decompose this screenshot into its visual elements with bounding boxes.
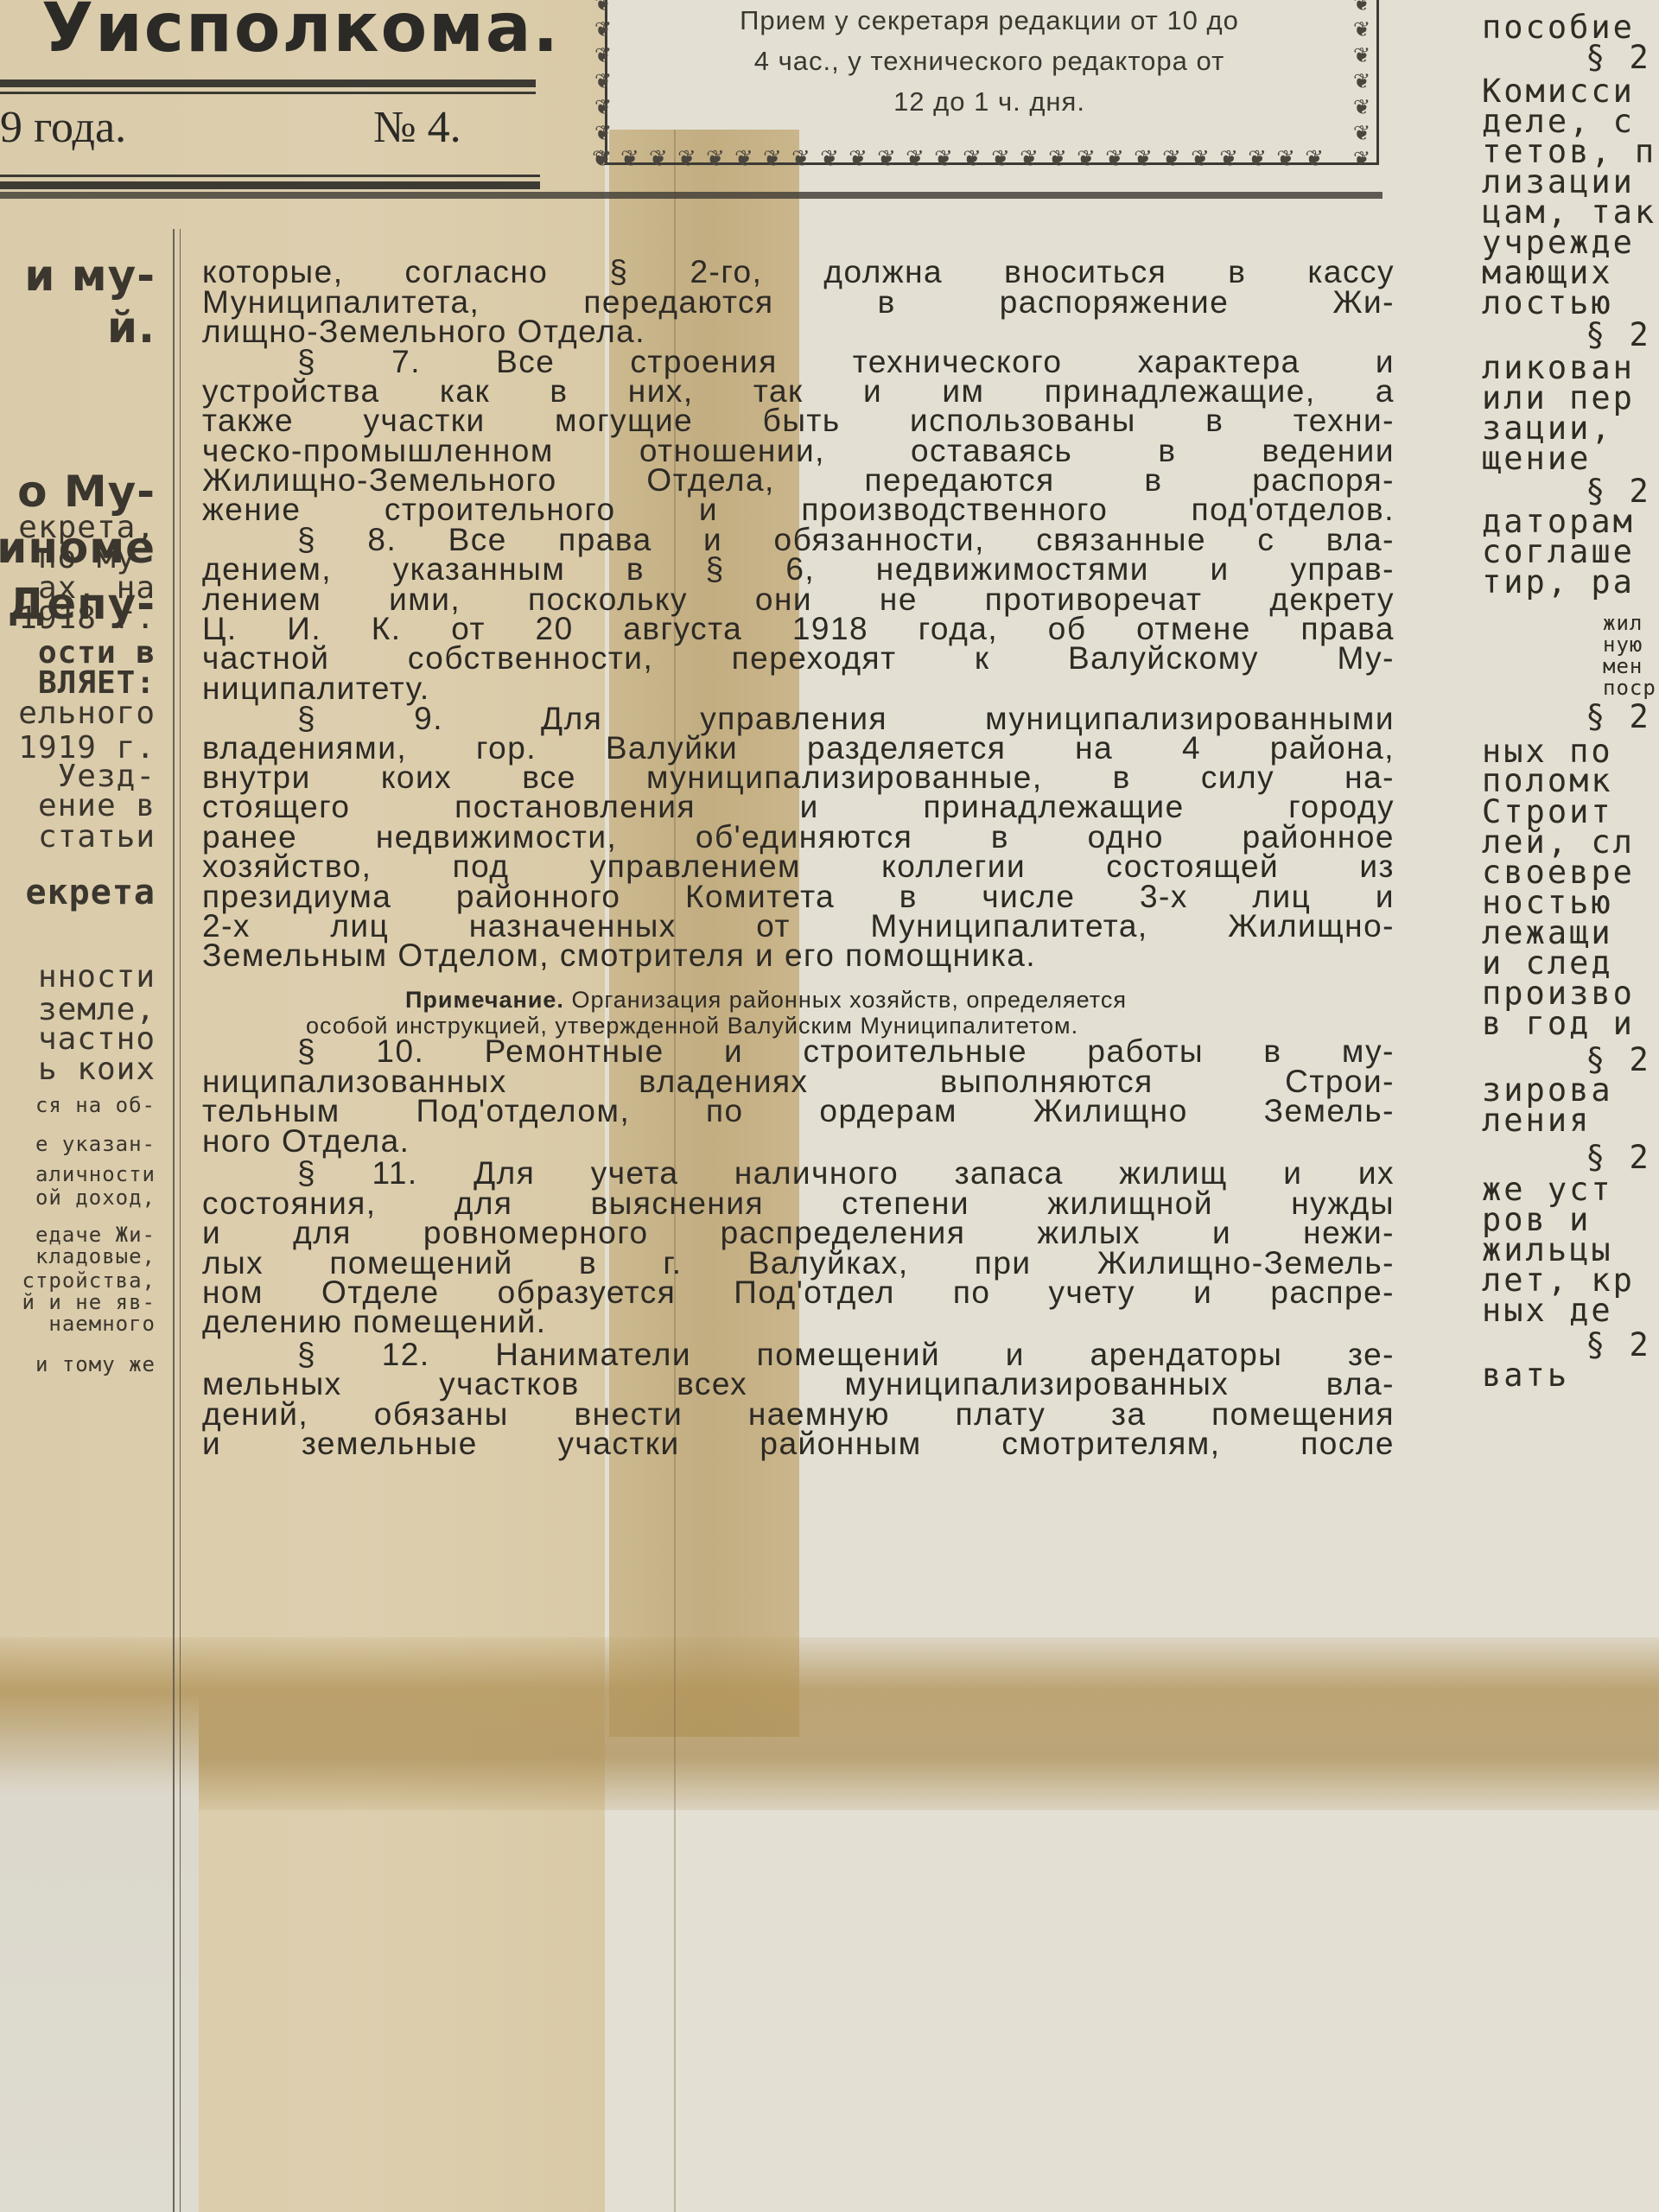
text-line: тир, ра <box>1482 563 1635 601</box>
headline-fragment: й. <box>107 302 156 353</box>
text-line: ь коих <box>38 1052 156 1087</box>
text-line: ельного <box>18 696 156 731</box>
column-divider <box>173 229 175 2212</box>
ornament-border-icon: ❦❦❦❦❦❦❦ <box>591 0 615 164</box>
text-line: ой доход, <box>35 1185 156 1210</box>
notice-line: 12 до 1 ч. дня. <box>622 81 1357 122</box>
text-line: екрета <box>26 873 156 912</box>
notice-line: 4 час., у технического редактора от <box>622 41 1357 81</box>
headline-fragment: и му- <box>24 251 156 301</box>
text-line: Земельным Отделом, смотрителя и его помо… <box>202 938 1036 974</box>
masthead-rule <box>0 175 540 177</box>
text-line: щение <box>1482 440 1591 477</box>
text-line: ных де <box>1482 1292 1613 1329</box>
ornament-border-icon: ❦ ❦ ❦ ❦ ❦ ❦ ❦ ❦ ❦ ❦ ❦ ❦ ❦ ❦ ❦ ❦ ❦ ❦ ❦ ❦ … <box>592 145 1382 171</box>
text-line: поср <box>1603 676 1656 700</box>
masthead-rule <box>0 79 536 87</box>
text-line: делению помещений. <box>202 1304 547 1340</box>
text-line: статьи <box>38 819 156 855</box>
note-label: Примечание. <box>405 987 571 1013</box>
section-marker: § 2 <box>1586 1326 1651 1363</box>
text-line: ного Отдела. <box>202 1123 410 1160</box>
text-line: мен <box>1603 654 1643 678</box>
paper-stain-band <box>0 1637 1659 1810</box>
text-line: жил <box>1603 611 1643 635</box>
text-line: е указан- <box>35 1132 156 1156</box>
text-line: наемного <box>48 1312 156 1336</box>
section-marker: § 2 <box>1586 316 1651 353</box>
right-column: пособие§ 2Комиссиделе, стетов, плизацииц… <box>1482 0 1659 2212</box>
text-line: и тому же <box>35 1352 156 1376</box>
text-line: й и не яв- <box>22 1290 156 1314</box>
column-divider <box>180 229 181 2212</box>
editorial-notice: Прием у секретаря редакции от 10 до 4 ча… <box>622 0 1357 122</box>
text-line: ную <box>1603 632 1643 657</box>
text-line: вать <box>1482 1357 1569 1394</box>
paper-fade <box>0 1694 199 2212</box>
masthead-rule <box>0 181 540 189</box>
issue-number: № 4. <box>373 102 461 153</box>
section-marker: § 2 <box>1586 39 1651 76</box>
text-line: и земельные участки районным смотрителям… <box>202 1426 1395 1462</box>
notice-line: Прием у секретаря редакции от 10 до <box>622 0 1357 41</box>
text-line: 1918 г. <box>18 601 156 636</box>
text-line: ся на об- <box>35 1093 156 1117</box>
text-line: едаче Жи- <box>35 1223 156 1247</box>
masthead-rule <box>0 92 536 94</box>
text-line: нности <box>38 959 156 995</box>
section-marker: § 2 <box>1586 698 1651 735</box>
text-line: ления <box>1482 1102 1591 1139</box>
text-line: стройства, <box>22 1268 156 1293</box>
masthead-title: Уисполкома. <box>41 0 560 67</box>
text-line: в год и <box>1482 1005 1635 1042</box>
masthead-date: 9 года. <box>0 102 126 153</box>
text-line: аличности <box>35 1162 156 1186</box>
text-line: ение в <box>38 788 156 823</box>
text-line: кладовые, <box>35 1244 156 1268</box>
note-text: Организация районных хозяйств, определяе… <box>571 987 1127 1013</box>
note: Примечание. Организация районных хозяйст… <box>405 987 1127 1014</box>
header-rule <box>0 192 1382 199</box>
